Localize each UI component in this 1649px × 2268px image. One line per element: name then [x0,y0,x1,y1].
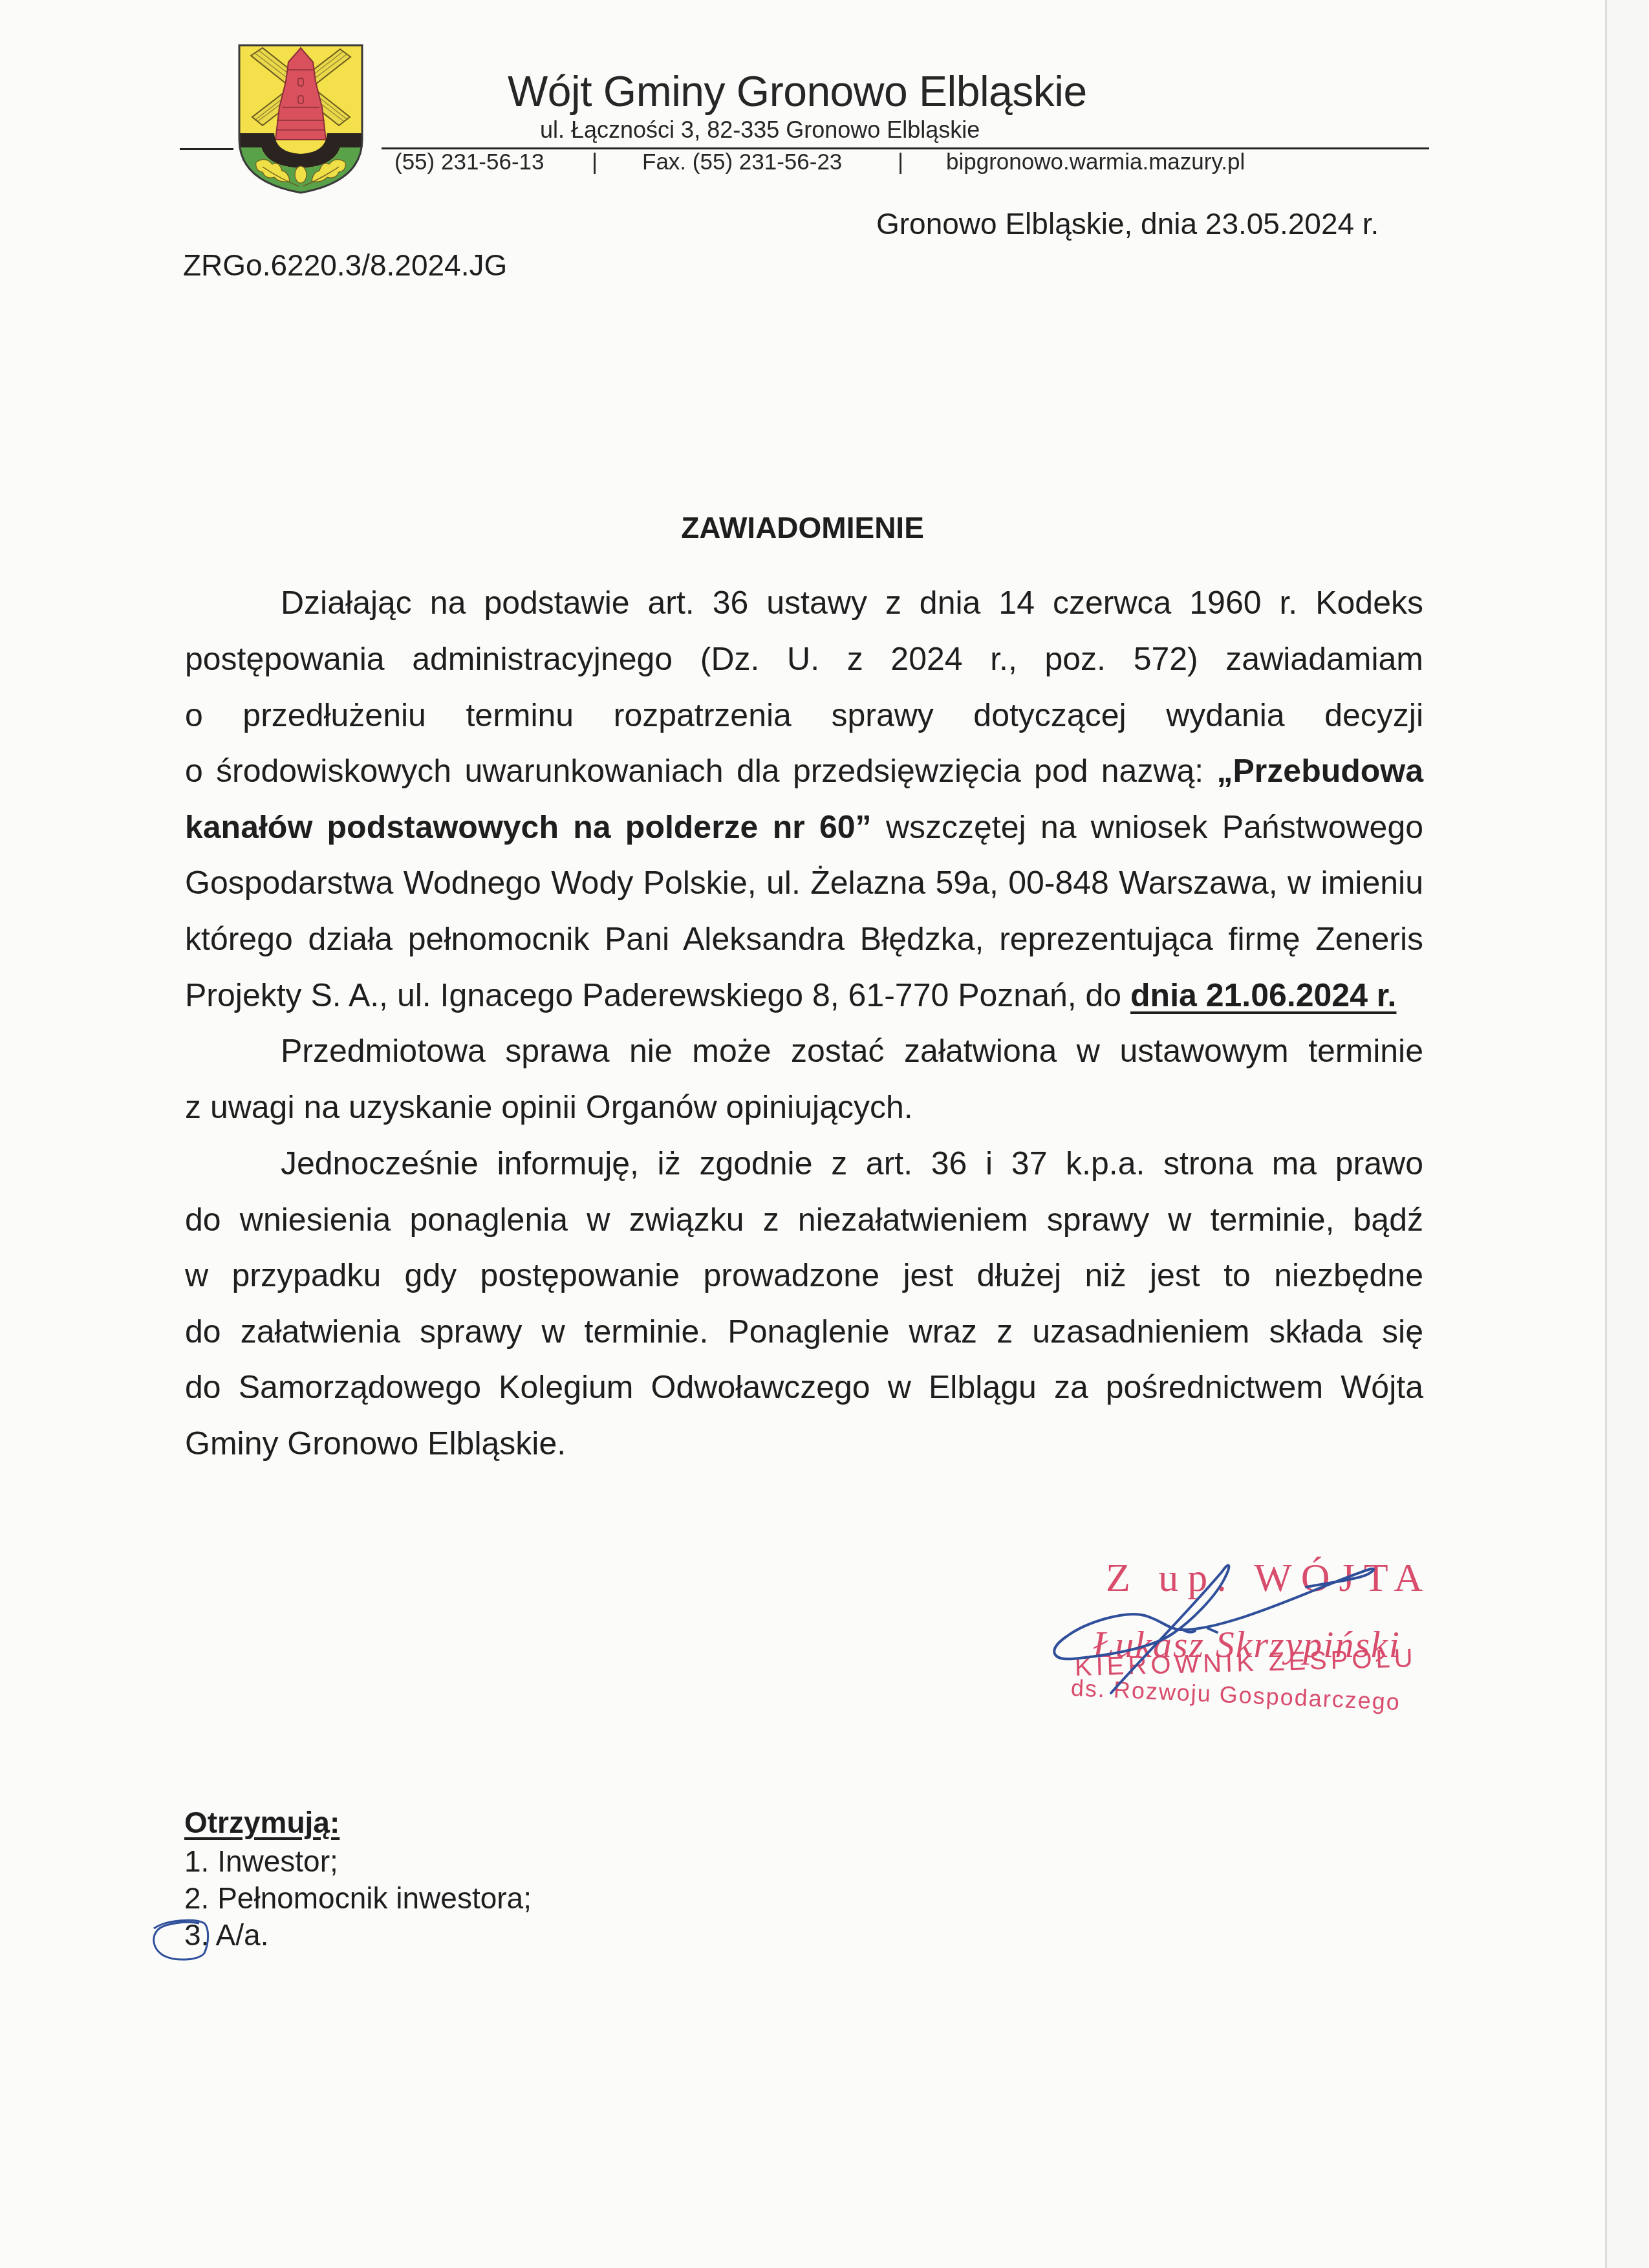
reference-number: ZRGo.6220.3/8.2024.JG [183,247,507,283]
hand-drawn-circle-icon [147,1914,225,1963]
body-line: do wniesienia ponaglenia w związku z nie… [185,1200,1423,1239]
document-heading: ZAWIADOMIENIE [0,510,1605,546]
header-website[interactable]: bipgronowo.warmia.mazury.pl [946,149,1245,176]
body-text: o środowiskowych uwarunkowaniach dla prz… [185,753,1217,789]
deadline-date: dnia 21.06.2024 r. [1130,977,1396,1013]
handwritten-signature-icon [1035,1546,1397,1707]
body-line: Gminy Gronowo Elbląskie. [185,1424,1423,1463]
project-name-start: „Przebudowa [1217,753,1423,789]
body-line: Działając na podstawie art. 36 ustawy z … [281,583,1423,622]
header-title: Wójt Gminy Gronowo Elbląskie [508,67,1087,116]
header-address: ul. Łączności 3, 82-335 Gronowo Elbląski… [540,116,980,144]
body-line: do Samorządowego Kolegium Odwoławczego w… [185,1368,1423,1407]
body-line: do załatwienia sprawy w terminie. Ponagl… [185,1312,1423,1351]
recipients-title: Otrzymują: [184,1804,339,1841]
body-line: kanałów podstawowych na polderze nr 60” … [185,808,1423,847]
body-text: wszczętej na wniosek Państwowego [872,809,1423,845]
body-line: którego działa pełnomocnik Pani Aleksand… [185,920,1423,958]
recipient-item: 2. Pełnomocnik inwestora; [184,1880,532,1916]
scan-edge [1605,0,1607,2268]
header-phone: (55) 231-56-13 [394,149,544,176]
body-line: o przedłużeniu terminu rozpatrzenia spra… [185,696,1423,735]
body-line: z uwagi na uzyskanie opinii Organów opin… [185,1088,1423,1127]
header-separator: | [592,149,598,176]
body-line: Przedmiotowa sprawa nie może zostać zała… [281,1031,1423,1070]
body-text: Projekty S. A., ul. Ignacego Paderewskie… [185,977,1130,1013]
header-separator: | [898,149,903,176]
body-line: o środowiskowych uwarunkowaniach dla prz… [185,751,1423,790]
project-name-end: kanałów podstawowych na polderze nr 60” [185,809,872,845]
coat-of-arms-icon [237,43,365,195]
body-line: postępowania administracyjnego (Dz. U. z… [185,640,1423,678]
header-rule-left [180,148,233,150]
header-fax: Fax. (55) 231-56-23 [642,149,842,176]
place-date: Gronowo Elbląskie, dnia 23.05.2024 r. [876,206,1379,242]
body-line: w przypadku gdy postępowanie prowadzone … [185,1256,1423,1295]
body-line: Jednocześnie informuję, iż zgodnie z art… [281,1144,1423,1183]
body-line: Projekty S. A., ul. Ignacego Paderewskie… [185,976,1423,1015]
recipient-item: 1. Inwestor; [184,1843,338,1879]
body-line: Gospodarstwa Wodnego Wody Polskie, ul. Ż… [185,863,1423,902]
